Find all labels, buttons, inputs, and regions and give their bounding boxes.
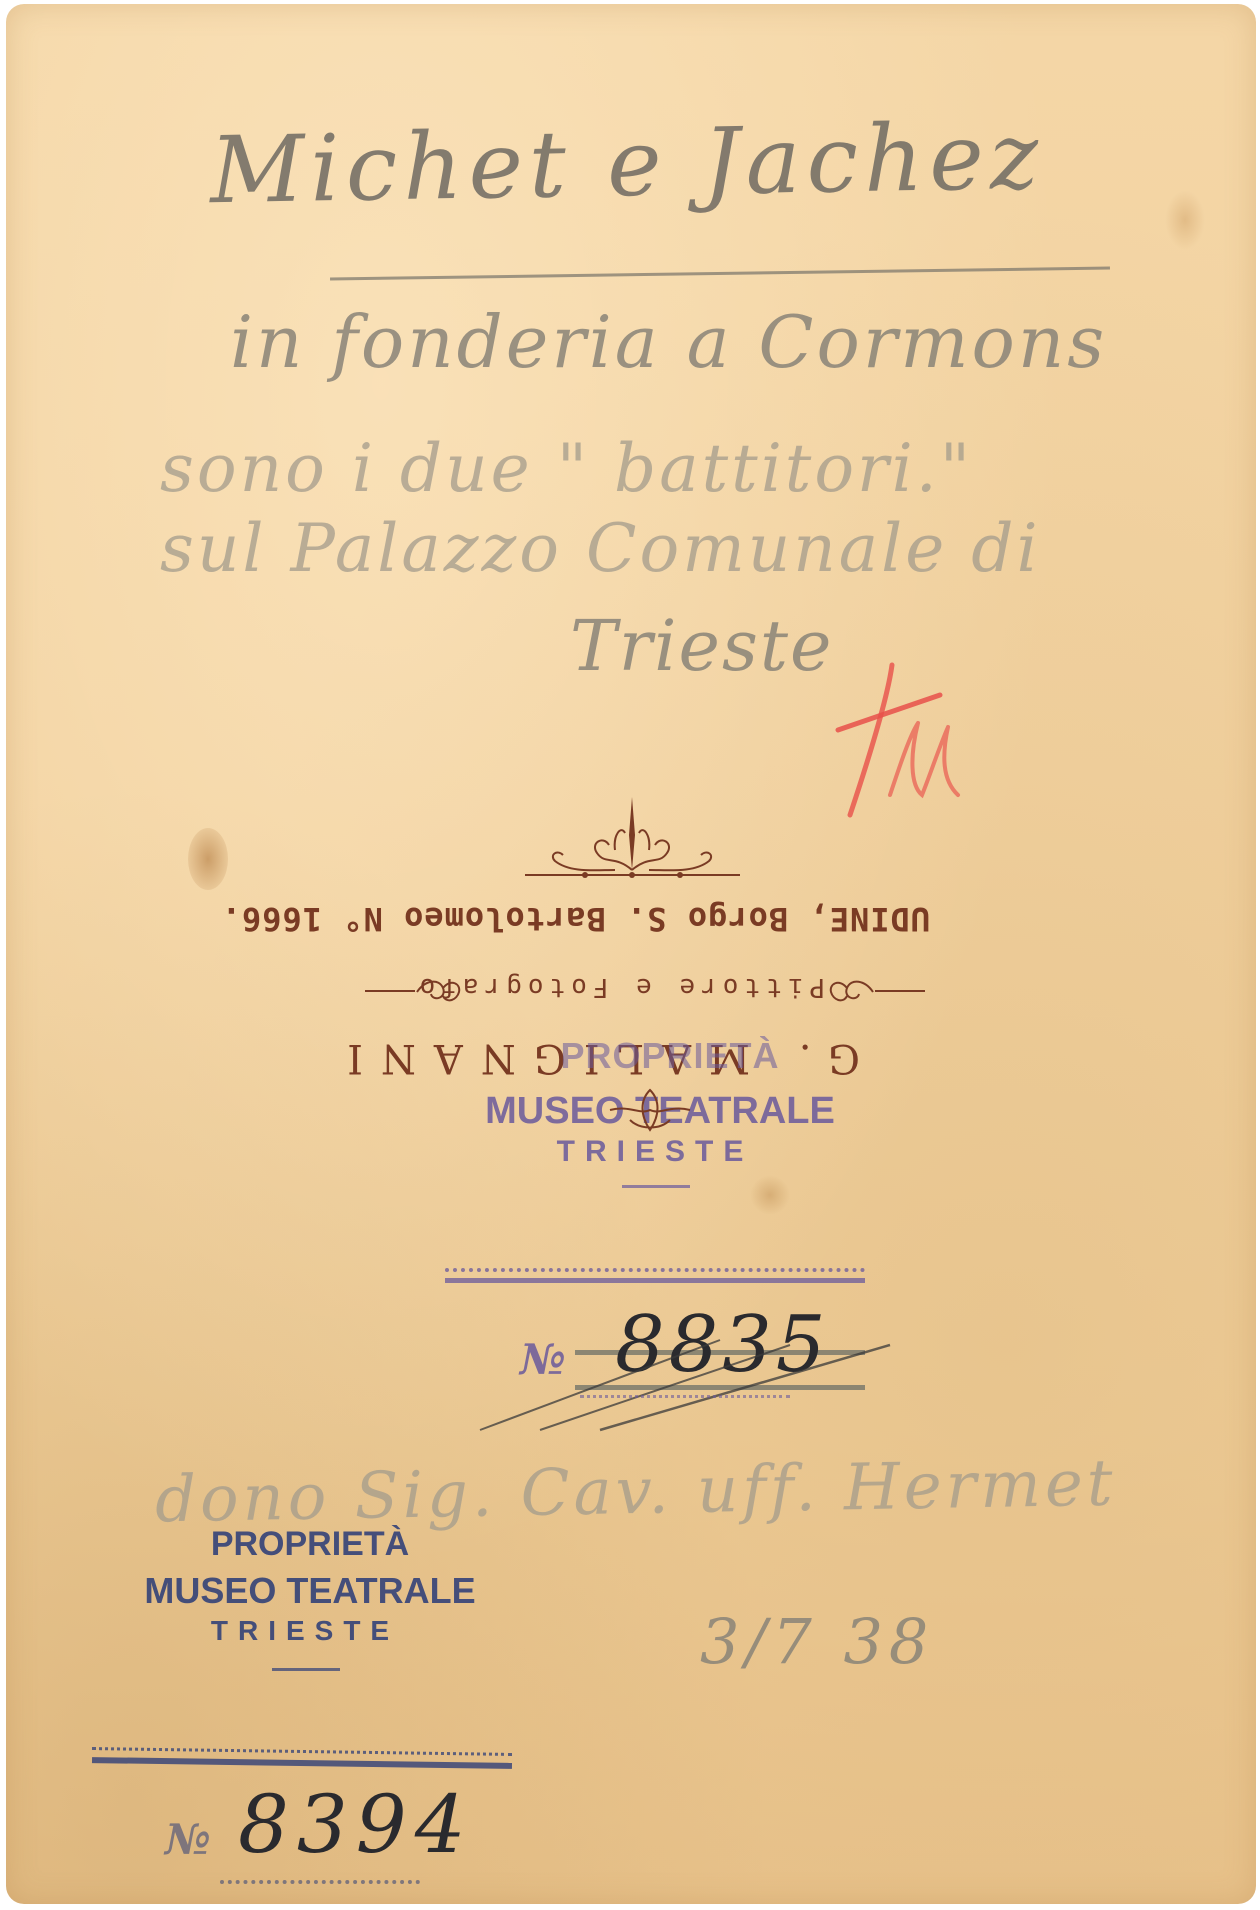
stamp-rule-top	[445, 1268, 865, 1272]
red-initials-icon	[830, 655, 980, 825]
handwritten-title: Michet e Jachez	[209, 103, 1045, 225]
stain	[1165, 190, 1205, 250]
stamp-rule-bottom	[580, 1395, 790, 1398]
handwritten-line-4: Trieste	[570, 605, 833, 687]
stamp-rule-top-solid	[445, 1278, 865, 1283]
stamp-property-label: PROPRIETÀ	[520, 1035, 820, 1077]
bottom-stamp-underline	[272, 1668, 340, 1671]
bottom-stamp-museum-name: MUSEO TEATRALE	[130, 1570, 490, 1612]
handwritten-line-1: in fonderia a Cormons	[230, 300, 1107, 384]
stamp-underline	[622, 1185, 690, 1188]
ornament-top	[525, 795, 740, 880]
collection-number: 8394	[238, 1778, 474, 1871]
flourish-line-right	[875, 990, 925, 992]
flourish-ornament-icon	[525, 795, 740, 880]
number-prefix: №	[165, 1815, 211, 1864]
strike-through-icon	[470, 1300, 910, 1440]
imprint-address: UDINE, Borgo S. Bartolomeo N° 1666.	[330, 900, 930, 938]
flourish-line-left	[365, 990, 415, 992]
handwritten-line-2: sono i due " battitori."	[160, 430, 973, 507]
number-stamp-rule-bottom	[220, 1880, 420, 1884]
handwritten-date: 3/7 38	[700, 1605, 934, 1678]
bottom-stamp-city: TRIESTE	[185, 1615, 425, 1647]
imprint-profession: Pittore e Fotografo	[465, 972, 825, 1002]
stain	[188, 828, 228, 890]
handwritten-line-3: sul Palazzo Comunale di	[160, 510, 1041, 587]
imprint-profession-row: Pittore e Fotografo	[365, 968, 925, 1018]
flourish-right-icon	[825, 974, 875, 1010]
strike-through-marks	[470, 1300, 910, 1440]
red-pencil-mark: tu	[830, 655, 980, 825]
bottom-stamp-property-label: PROPRIETÀ	[180, 1525, 440, 1564]
stain	[750, 1175, 790, 1215]
center-ornament-icon	[600, 1085, 700, 1145]
